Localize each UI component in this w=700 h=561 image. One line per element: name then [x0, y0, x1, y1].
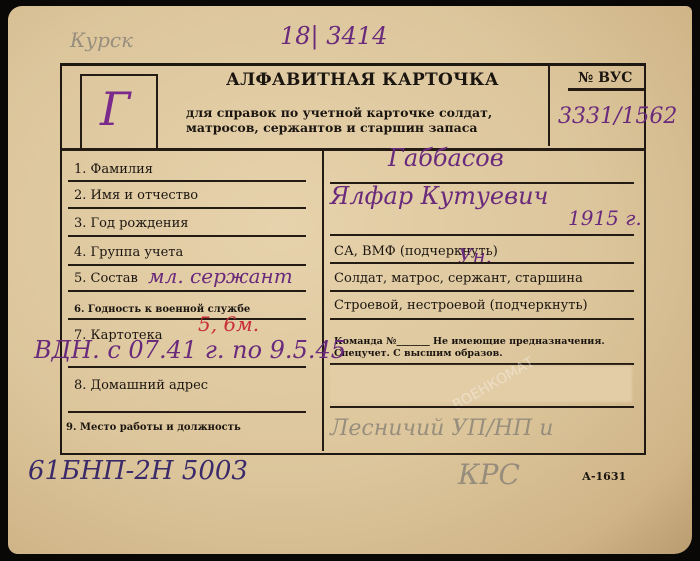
workplace-value: Лесничий УП/НП и [330, 416, 553, 441]
rule [330, 363, 634, 365]
subtitle-line-1: для справок по учетной карточке солдат, [186, 105, 536, 120]
birth-year-value: 1915 г. [568, 206, 642, 230]
field-label-birth-year: 3. Год рождения [74, 216, 188, 231]
rule [68, 366, 306, 368]
header-separator [62, 148, 646, 151]
vus-underline [568, 88, 644, 91]
field-label-name: 2. Имя и отчество [74, 188, 198, 203]
command-note-line-2: Спецучет. С высшим образов. [334, 348, 605, 360]
rule [330, 406, 634, 408]
rule [68, 318, 306, 320]
field-label-workplace: 9. Место работы и должность [66, 422, 241, 433]
rule [330, 262, 634, 264]
group-handwritten: Ун. [458, 244, 492, 268]
composition-options: Солдат, матрос, сержант, старшина [334, 271, 583, 286]
surname-value: Габбасов [388, 144, 504, 172]
command-note: Команда №_______ Не имеющие предназначен… [334, 336, 605, 360]
file-handwritten: ВДН. с 07.41 г. по 9.5.45 [34, 336, 346, 364]
fitness-handwritten: 5, 6м. [198, 312, 259, 336]
name-value: Ялфар Кутуевич [330, 182, 548, 210]
rule [330, 290, 634, 292]
rule [68, 290, 306, 292]
form-code: А-1631 [582, 470, 626, 483]
rule [330, 234, 634, 236]
bottom-pencil-mark: КРС [458, 458, 520, 491]
rule [68, 180, 306, 182]
rule [68, 411, 306, 413]
rule [330, 318, 634, 320]
command-note-line-1: Команда №_______ Не имеющие предназначен… [334, 336, 605, 348]
field-label-group: 4. Группа учета [74, 245, 183, 260]
fitness-options: Строевой, нестроевой (подчеркнуть) [334, 298, 588, 313]
column-divider [322, 151, 324, 451]
index-letter: Г [100, 82, 130, 136]
top-pencil-note: Курск [70, 28, 133, 52]
letter-box: Г [80, 74, 158, 150]
composition-handwritten: мл. сержант [148, 264, 293, 288]
rule [68, 207, 306, 209]
alphabetical-card: Курск 18| 3414 Г АЛФАВИТНАЯ КАРТОЧКА для… [8, 6, 692, 554]
subtitle-line-2: матросов, сержантов и старшин запаса [186, 120, 536, 135]
card-title: АЛФАВИТНАЯ КАРТОЧКА [226, 70, 499, 90]
field-label-composition: 5. Состав [74, 271, 138, 286]
card-subtitle: для справок по учетной карточке солдат, … [186, 105, 536, 135]
vus-value: 3331/1562 [558, 104, 677, 129]
field-label-surname: 1. Фамилия [74, 162, 153, 177]
vus-divider [548, 66, 550, 146]
field-label-address: 8. Домашний адрес [74, 378, 208, 393]
top-number: 18| 3414 [280, 22, 387, 50]
vus-label: № ВУС [578, 70, 632, 86]
rule [68, 235, 306, 237]
bottom-handwritten-code: 61БНП-2Н 5003 [28, 456, 248, 486]
